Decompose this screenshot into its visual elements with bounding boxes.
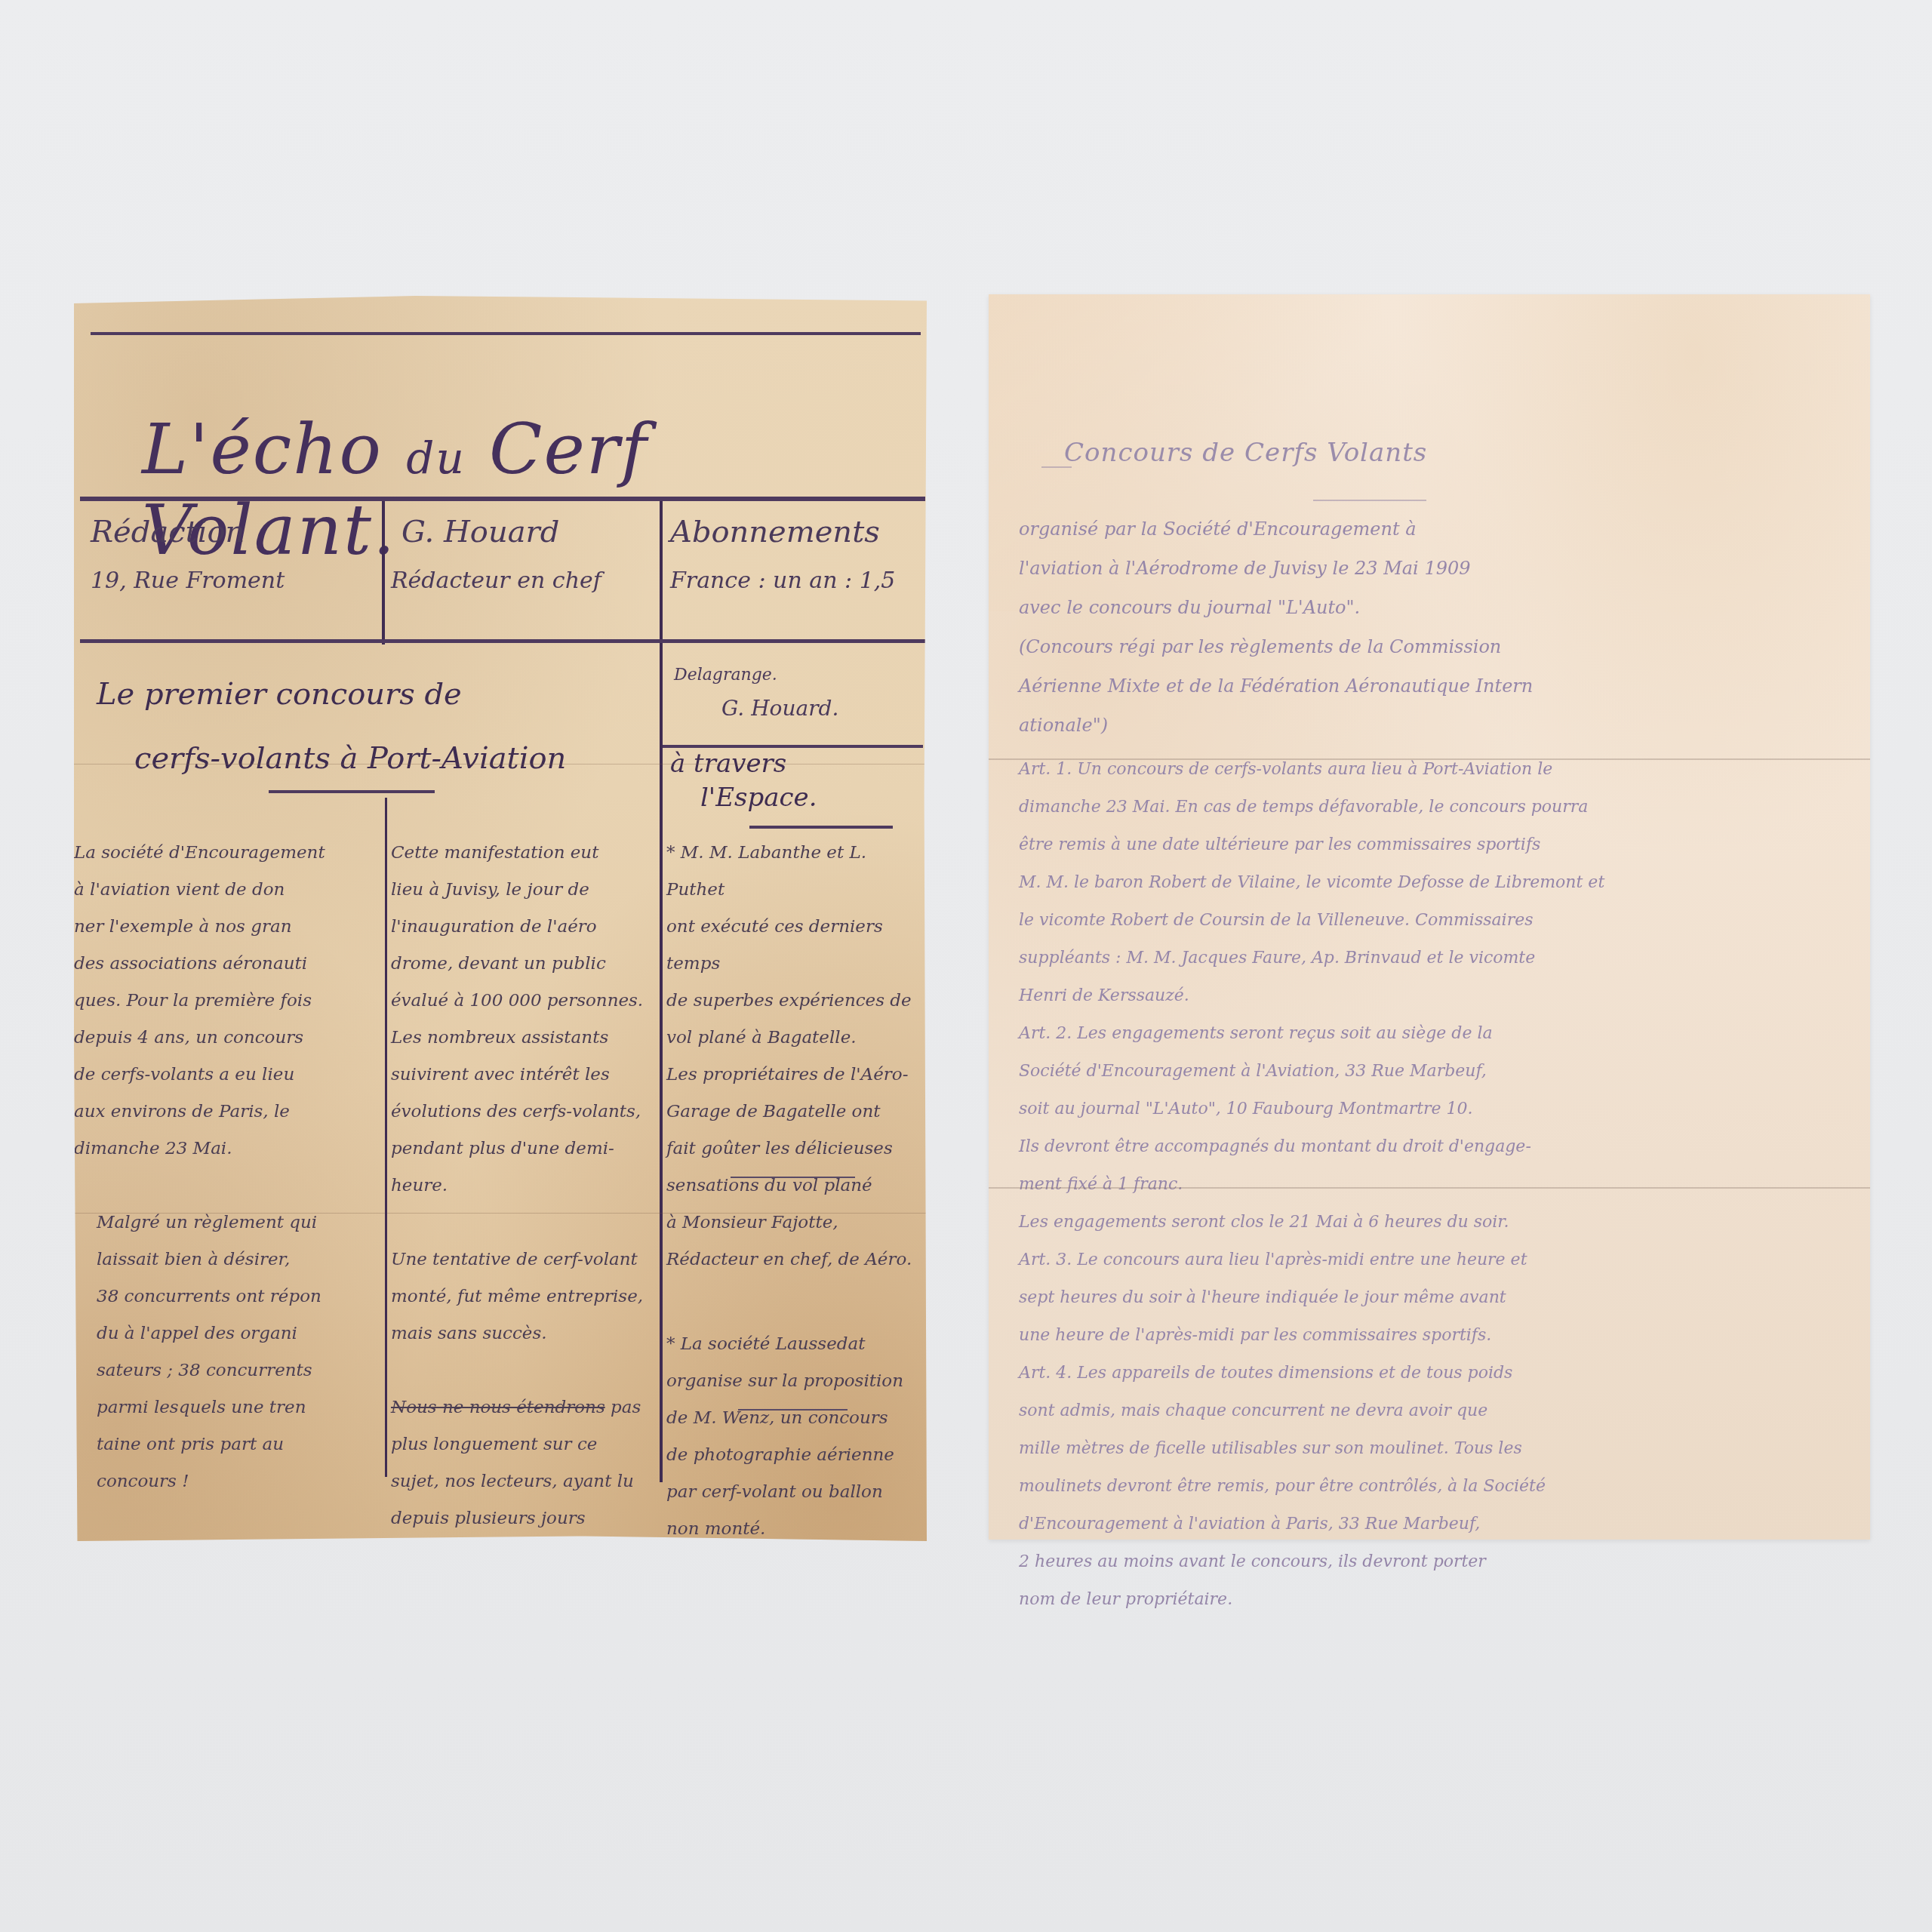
header-cell-title: Abonnements	[670, 515, 927, 549]
contest-rules-page: Concours de Cerfs Volants organisé par l…	[989, 294, 1870, 1540]
news-item: * La société Laussedat organise sur la p…	[666, 1326, 923, 1548]
fold-line	[989, 1187, 1870, 1189]
header-cell-title: G. Houard	[391, 515, 648, 549]
sidebar-rule	[663, 745, 923, 748]
article-paragraph: Nous publions, du reste plus loin, les p…	[391, 1722, 655, 1870]
header-cell-subtitle: Rédacteur en chef	[391, 568, 648, 594]
title-underline	[1313, 500, 1426, 501]
main-headline-line-2: cerfs-volants à Port-Aviation	[134, 741, 566, 776]
item-separator	[738, 1409, 848, 1411]
item-separator	[731, 1177, 855, 1178]
masthead-part-1: L'écho	[142, 409, 383, 490]
header-cell-redaction: Rédaction 19, Rue Froment	[91, 515, 317, 594]
news-item: * Quatre concours de cerfs-volants ont e…	[666, 1595, 923, 1891]
header-cell-subtitle: France : un an : 1,5	[670, 568, 927, 594]
article-paragraph: Une tentative de cerf-volant monté, fut …	[391, 1241, 655, 1352]
struck-text: Nous ne nous étendrons	[391, 1398, 605, 1417]
rules-intro: organisé par la Société d'Encouragement …	[1019, 509, 1849, 745]
sidebar-credit-2: G. Houard.	[721, 696, 838, 721]
masthead-part-2: du	[406, 432, 465, 484]
main-headline-line-1: Le premier concours de	[97, 677, 462, 712]
sidebar-credit-1: Delagrange.	[674, 666, 777, 685]
article-paragraph: Cette manifestation eut lieu à Juvisy, l…	[391, 835, 655, 1204]
paragraph-continuation: pas plus longuement sur ce sujet, nos le…	[391, 1398, 641, 1676]
article-paragraph: Malgré un règlement qui laissait bien à …	[74, 1204, 376, 1500]
header-cell-title: Rédaction	[91, 515, 317, 549]
rules-title: Concours de Cerfs Volants	[1064, 438, 1427, 468]
news-item: * M. M. Labanthe et L. Puthet ont exécut…	[666, 835, 923, 1278]
column-divider-right	[660, 501, 663, 1482]
header-cell-editor: G. Houard Rédacteur en chef	[391, 515, 648, 594]
article-paragraph: Nous ne nous étendrons pas plus longueme…	[391, 1389, 655, 1685]
header-cell-subscriptions: Abonnements France : un an : 1,5	[670, 515, 927, 594]
news-column-3: * M. M. Labanthe et L. Puthet ont exécut…	[666, 798, 923, 1928]
column-divider-left	[385, 798, 387, 1477]
header-cell-subtitle: 19, Rue Froment	[91, 568, 317, 594]
headline-underline	[269, 790, 435, 793]
top-rule	[91, 332, 921, 335]
fold-line	[74, 764, 927, 764]
header-divider	[382, 501, 385, 645]
article-paragraph: La société d'Encouragement à l'aviation …	[74, 835, 376, 1168]
header-bottom-rule	[80, 639, 925, 643]
rules-articles: Art. 1. Un concours de cerfs-volants aur…	[1019, 751, 1864, 1619]
article-paragraph: L'organisation, le service d'ordre, le c…	[74, 1537, 376, 1796]
article-column-1: La société d'Encouragement à l'aviation …	[74, 798, 376, 1833]
newsletter-front-page: L'écho du Cerf Volant. Rédaction 19, Rue…	[74, 296, 927, 1541]
masthead-bottom-rule	[80, 497, 925, 501]
article-column-2: Cette manifestation eut lieu à Juvisy, l…	[391, 798, 655, 1907]
